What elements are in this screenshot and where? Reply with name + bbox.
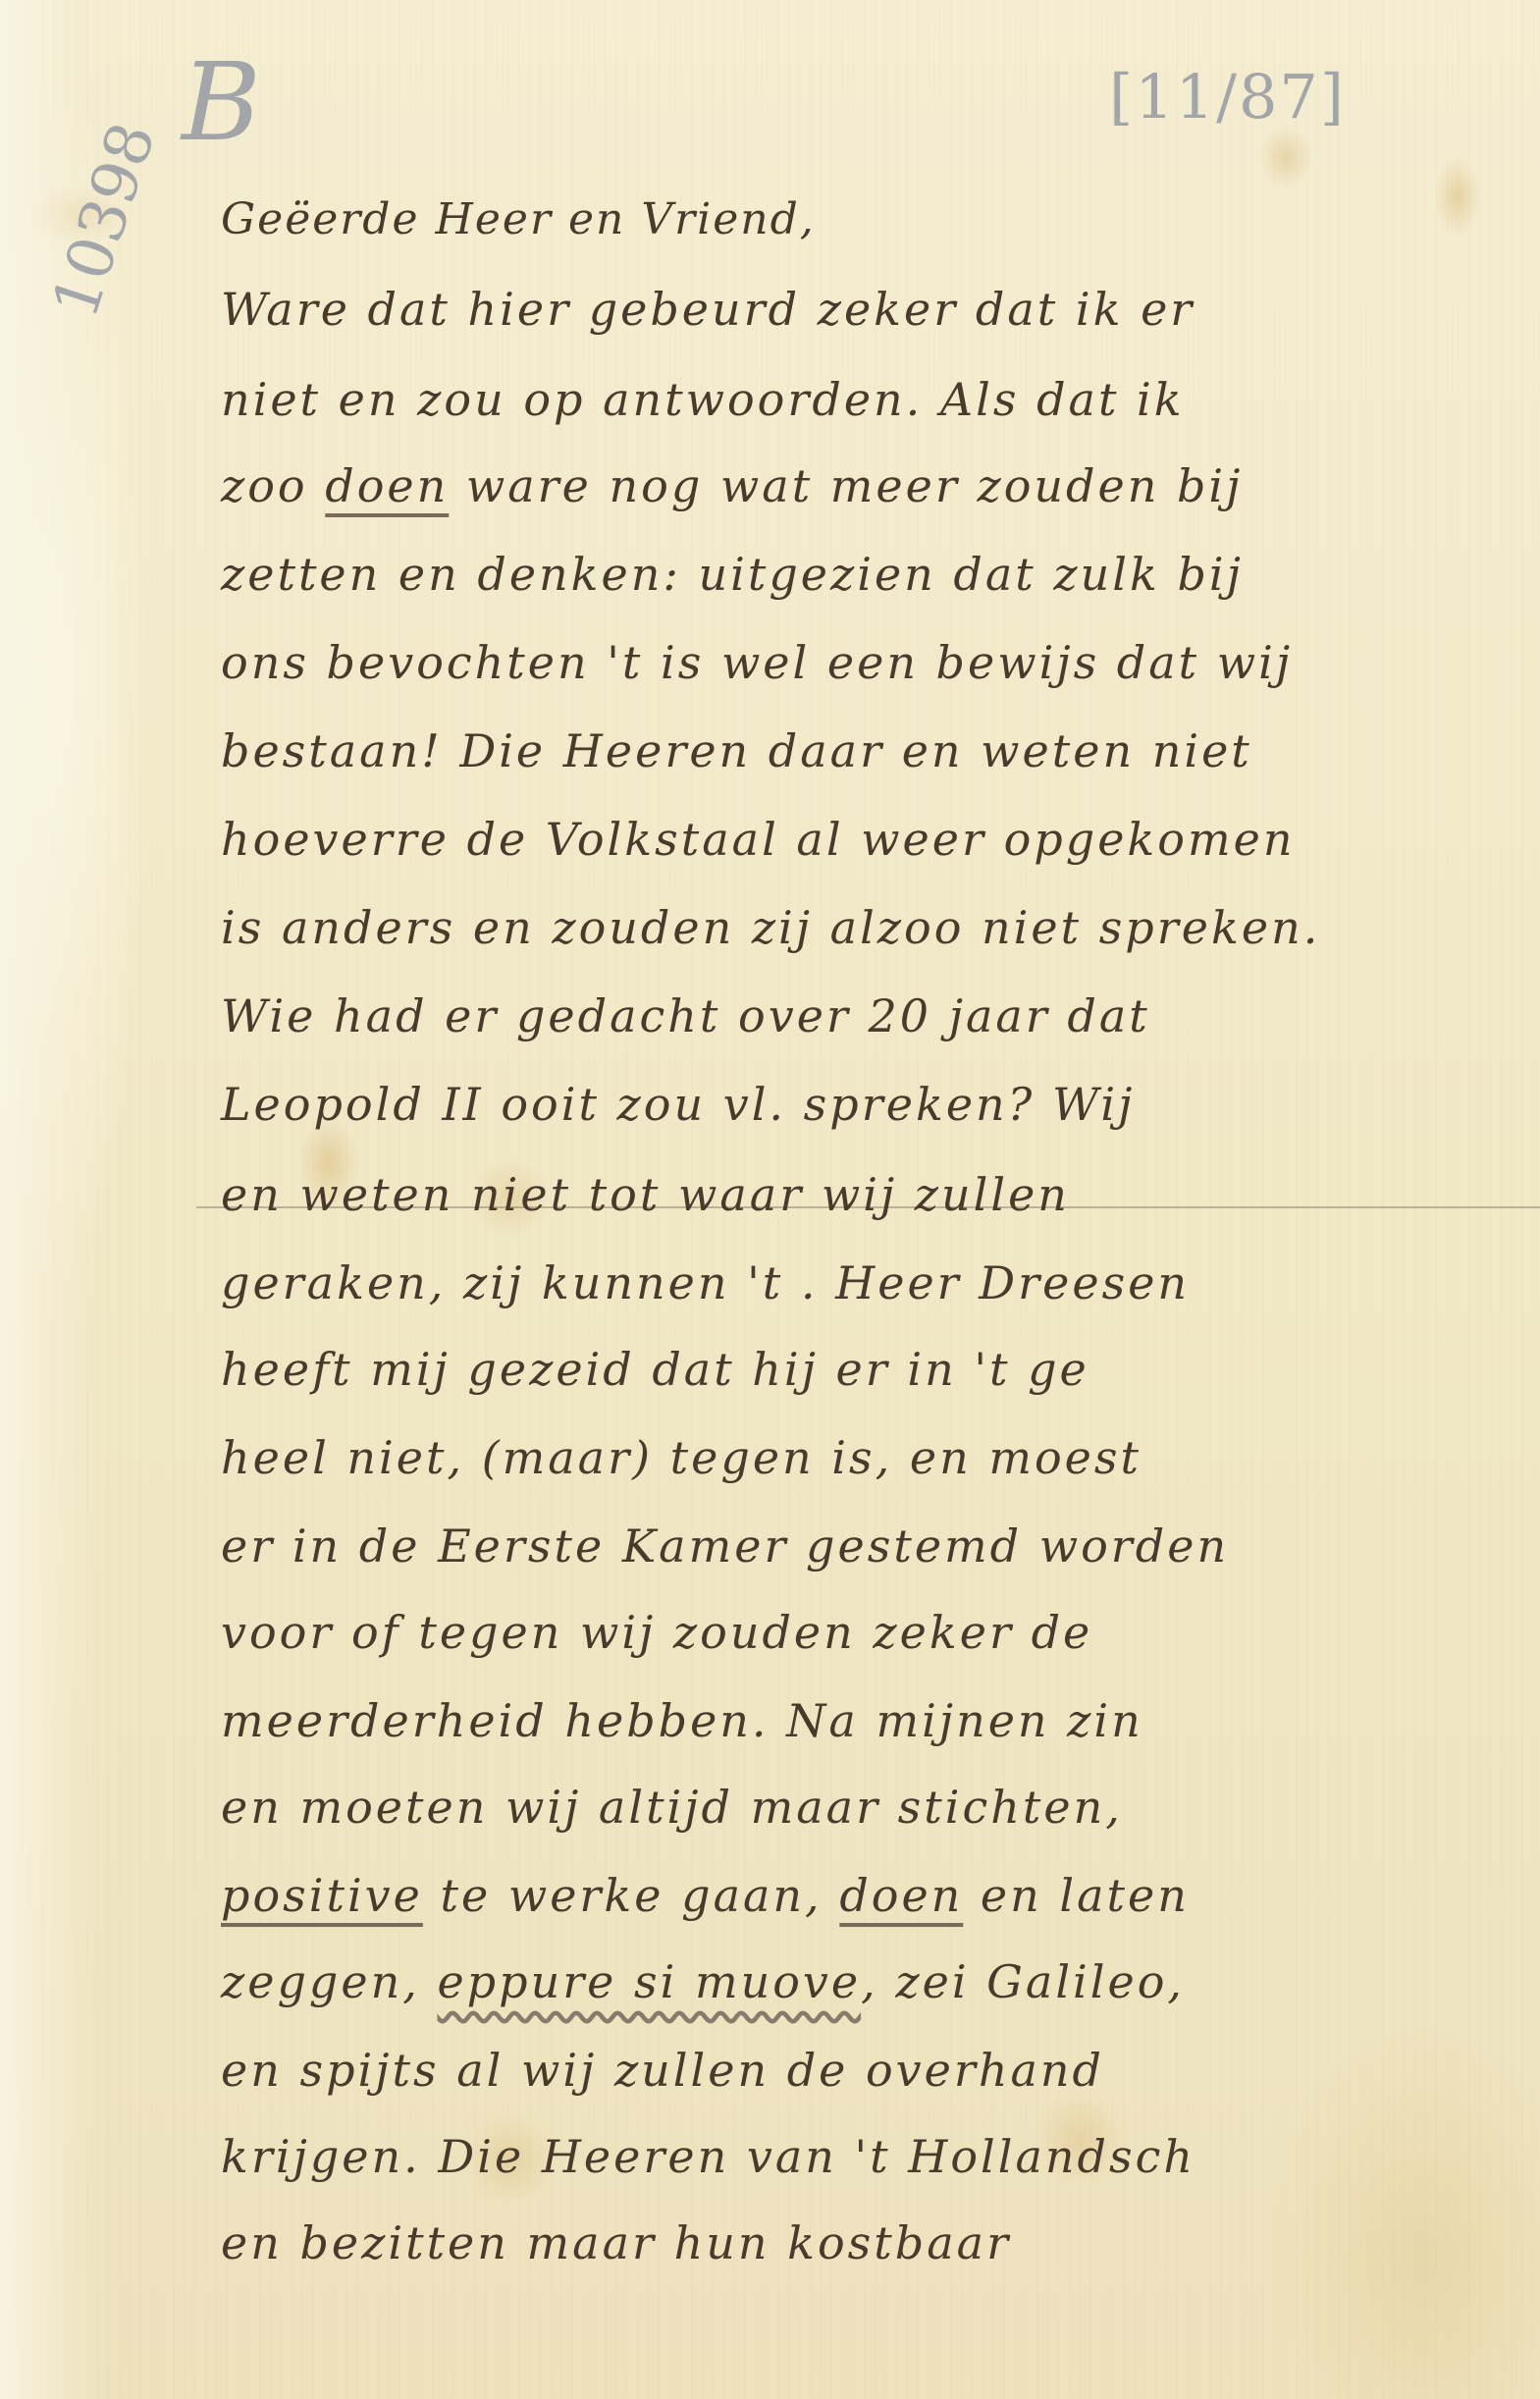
underlined-word: doen [325, 459, 449, 512]
letter-line: ons bevochten 't is wel een bewijs dat w… [221, 636, 1293, 689]
salutation: Geëerde Heer en Vriend, [221, 194, 816, 244]
letter-line: Leopold II ooit zou vl. spreken? Wij [221, 1078, 1135, 1131]
letter-line: en spijts al wij zullen de overhand [221, 2044, 1104, 2097]
letter-line: geraken, zij kunnen 't . Heer Dreesen [221, 1256, 1190, 1309]
letter-line: Wie had er gedacht over 20 jaar dat [221, 989, 1150, 1042]
underlined-word: doen [839, 1869, 963, 1922]
letter-line: Ware dat hier gebeurd zeker dat ik er [221, 283, 1195, 336]
pencil-reference-number: [11/87] [1109, 61, 1346, 133]
letter-line: en weten niet tot waar wij zullen [221, 1168, 1070, 1221]
letter-line: hoeverre de Volkstaal al weer opgekomen [221, 813, 1295, 866]
letter-line: heel niet, (maar) tegen is, en moest [221, 1431, 1142, 1484]
letter-line: en bezitten maar hun kostbaar [221, 2216, 1011, 2269]
letter-line: meerderheid hebben. Na mijnen zin [221, 1694, 1143, 1747]
letter-line: er in de Eerste Kamer gestemd worden [221, 1519, 1229, 1573]
underlined-word: eppure si muove [437, 1955, 861, 2008]
underlined-word: positive [221, 1869, 423, 1922]
letter-line: zeggen, eppure si muove, zei Galileo, [221, 1955, 1185, 2008]
letter-line: niet en zou op antwoorden. Als dat ik [221, 373, 1185, 426]
letter-line: zoo doen ware nog wat meer zouden bij [221, 459, 1243, 512]
letter-line: bestaan! Die Heeren daar en weten niet [221, 724, 1252, 777]
letter-line: is anders en zouden zij alzoo niet sprek… [221, 901, 1320, 954]
letter-line: positive te werke gaan, doen en laten [221, 1869, 1190, 1922]
pencil-annotation-letter: B [182, 39, 261, 165]
paper-edge-discoloration [0, 0, 108, 2399]
letter-line: zetten en denken: uitgezien dat zulk bij [221, 548, 1244, 601]
letter-line: voor of tegen wij zouden zeker de [221, 1606, 1092, 1659]
letter-line: en moeten wij altijd maar stichten, [221, 1781, 1123, 1834]
letter-line: krijgen. Die Heeren van 't Hollandsch [221, 2130, 1195, 2183]
letter-line: heeft mij gezeid dat hij er in 't ge [221, 1343, 1089, 1396]
letter-page: B 10398 [11/87] Geëerde Heer en Vriend, … [0, 0, 1540, 2399]
